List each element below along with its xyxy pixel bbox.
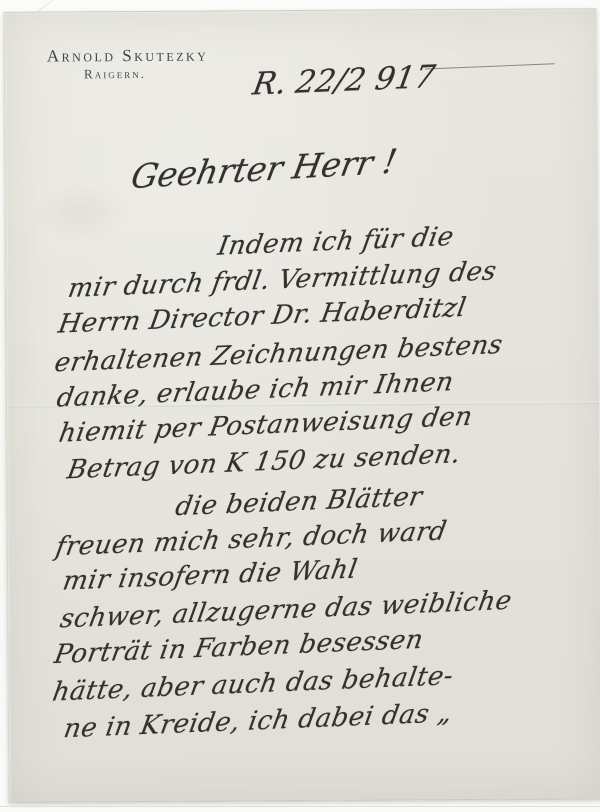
paper-smudge <box>36 182 126 243</box>
salutation: Geehrter Herr ! <box>128 141 400 196</box>
letterhead-place: Raigern. <box>47 66 183 83</box>
handwritten-line: die beiden Blätter <box>173 482 425 522</box>
handwritten-line: freuen mich sehr, doch ward <box>53 516 449 562</box>
handwritten-line: ne in Kreide, ich dabei das „ <box>62 698 455 744</box>
handwritten-line: Indem ich für die <box>216 222 457 262</box>
letter-body: Indem ich für die mir durch frdl. Vermit… <box>5 9 597 13</box>
letterhead: Arnold Skutezky Raigern. <box>5 9 597 13</box>
handwritten-line: mir insofern die Wahl <box>61 554 360 596</box>
backdrop-bottom-seam <box>0 806 600 807</box>
date-line: R. 22/2 917 <box>250 59 438 103</box>
letter-paper: Arnold Skutezky Raigern. R. 22/2 917 Gee… <box>4 8 600 803</box>
letter-photograph: Arnold Skutezky Raigern. R. 22/2 917 Gee… <box>0 0 600 812</box>
letterhead-name: Arnold Skutezky <box>47 46 209 67</box>
pen-flourish <box>425 63 555 70</box>
